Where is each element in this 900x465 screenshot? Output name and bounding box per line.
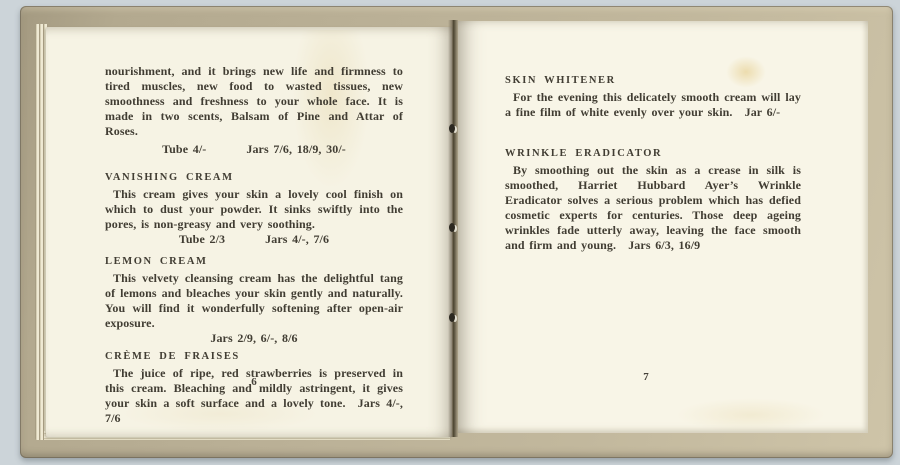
price-jars: Jars 2/9, 6/-, 8/6 <box>210 331 297 346</box>
right-page-number: 7 <box>498 371 794 383</box>
section-heading-creme-de-fraises: CRÈME DE FRAISES <box>105 351 403 363</box>
section-heading-skin-whitener: SKIN WHITENER <box>505 75 801 87</box>
section-body: By smoothing out the skin as a crease in… <box>505 163 801 253</box>
price-tube: Tube 4/- <box>162 142 206 157</box>
price-jars: Jars 4/-, 7/6 <box>265 232 329 247</box>
price-tube: Tube 2/3 <box>179 232 225 247</box>
stitch-mark <box>449 124 455 133</box>
section-heading-wrinkle-eradicator: WRINKLE ERADICATOR <box>505 148 801 160</box>
stitch-mark <box>449 223 455 232</box>
price-row: Jars 2/9, 6/-, 8/6 <box>105 331 403 346</box>
price-row: Tube 2/3 Jars 4/-, 7/6 <box>105 232 403 247</box>
section-body: The juice of ripe, red strawberries is p… <box>105 366 403 426</box>
section-heading-vanishing-cream: VANISHING CREAM <box>105 172 403 184</box>
section-body: This cream gives your skin a lovely cool… <box>105 187 403 232</box>
stitch-mark <box>449 313 455 322</box>
price-row: Tube 4/- Jars 7/6, 18/9, 30/- <box>105 142 403 157</box>
left-page-text: nourishment, and it brings new life and … <box>105 64 403 426</box>
section-heading-lemon-cream: LEMON CREAM <box>105 256 403 268</box>
section-body: For the evening this delicately smooth c… <box>505 90 801 120</box>
section-body: This velvety cleansing cream has the del… <box>105 271 403 331</box>
right-page-text: SKIN WHITENER For the evening this delic… <box>505 75 801 253</box>
continuation-paragraph: nourishment, and it brings new life and … <box>105 64 403 139</box>
left-page-number: 6 <box>105 376 403 388</box>
price-jars: Jars 7/6, 18/9, 30/- <box>246 142 346 157</box>
